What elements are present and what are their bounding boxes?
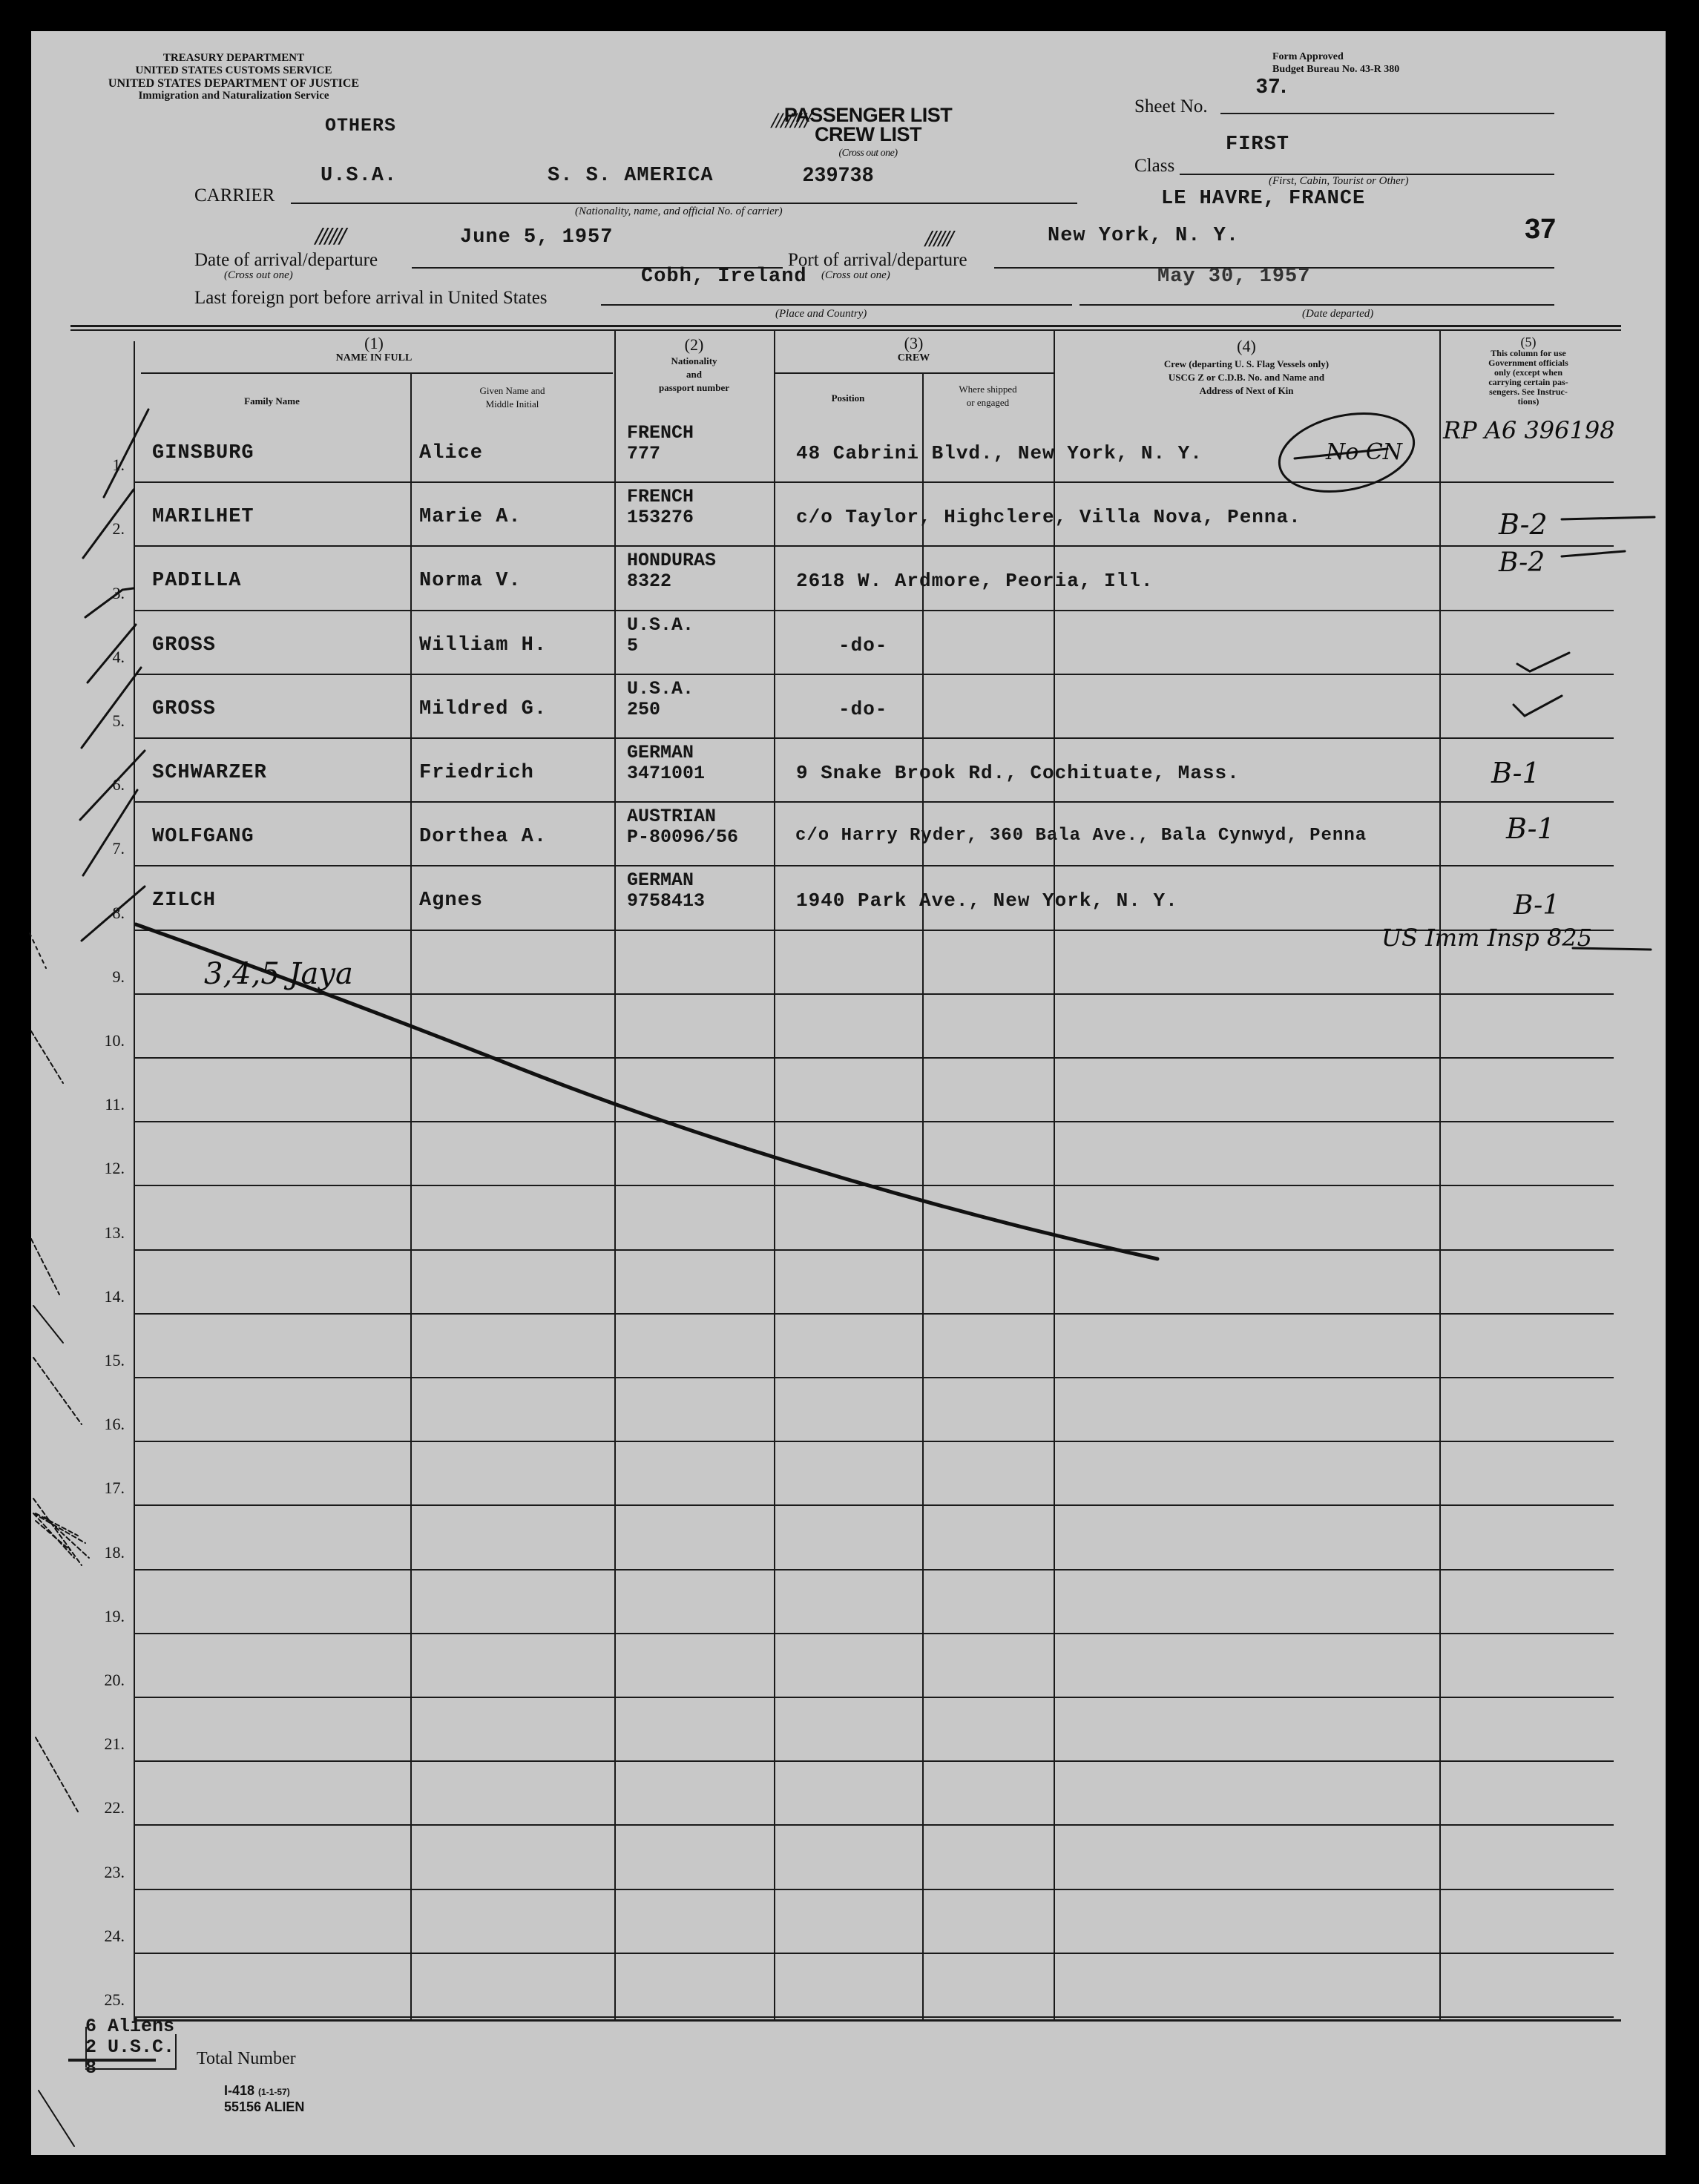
official-note-row-2: B-2 [1499,508,1548,541]
official-note-row-1: RP A6 396198 [1443,419,1599,441]
total-box-right [175,2034,177,2070]
footer-usc-count: 2 U.S.C. [85,2037,174,2058]
footer-sum-rule [68,2059,156,2062]
footer-aliens-count: 6 Aliens [85,2016,174,2037]
form-date: (1-1-57) [258,2087,290,2097]
total-box-bottom [85,2068,177,2070]
total-number-label: Total Number [197,2049,296,2069]
official-note-row-8: B-1 [1514,890,1560,921]
official-note-row-3: B-2 [1499,547,1545,578]
table-bottom-rule [134,2019,1621,2022]
immigration-inspector-signature: US Imm Insp 825 [1381,924,1592,952]
form-number: I-418 [224,2083,254,2098]
no-cn-note: No CN [1326,439,1402,465]
handwritten-annotations [0,0,1699,2184]
official-note-row-7: B-1 [1506,812,1555,845]
row9-handwritten-note: 3,4,5 Jaya [204,957,353,991]
form-id-block: I-418 (1-1-57) 55156 ALIEN [224,2083,304,2114]
official-note-row-6: B-1 [1491,757,1540,789]
form-code: 55156 ALIEN [224,2099,304,2114]
total-box-left [85,2027,87,2068]
